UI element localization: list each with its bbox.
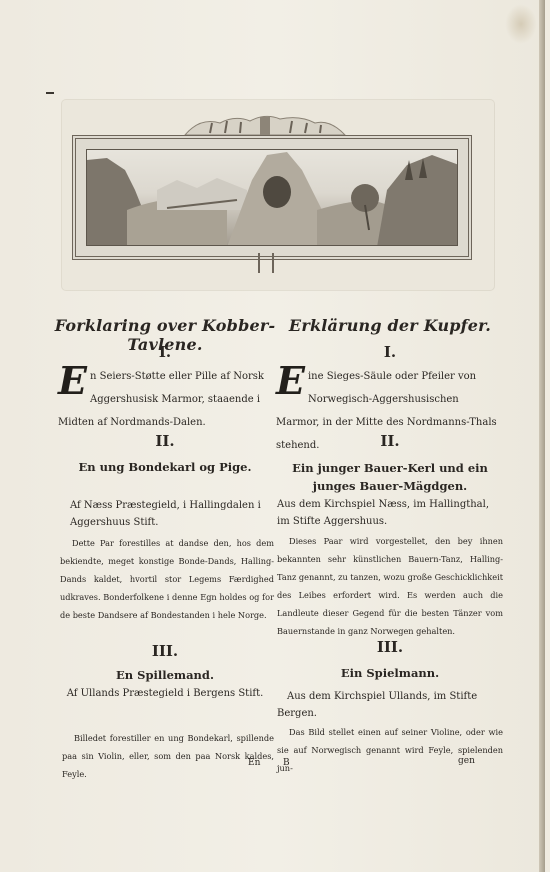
left-text-2: Dette Par forestilles at dandse den, hos… bbox=[60, 534, 274, 624]
header-mark bbox=[46, 92, 54, 94]
right-location-3: Aus dem Kirchspiel Ullands, im Stifte Be… bbox=[277, 688, 503, 722]
page-edge bbox=[539, 0, 545, 872]
landscape-drawing bbox=[87, 150, 458, 246]
engraving-frame bbox=[72, 135, 472, 260]
left-numeral-3: III. bbox=[52, 642, 278, 660]
right-numeral-2: II. bbox=[277, 432, 503, 450]
paper-stain bbox=[505, 4, 537, 44]
right-text-2: Dieses Paar wird vorgestellet, den bey i… bbox=[277, 532, 503, 640]
dropcap: E bbox=[58, 364, 87, 398]
right-heading-3: Ein Spielmann. bbox=[277, 666, 503, 680]
left-catchword: En bbox=[248, 758, 260, 768]
right-heading-2: Ein junger Bauer-Kerl und ein junges Bau… bbox=[277, 459, 503, 495]
left-numeral-2: II. bbox=[52, 432, 278, 450]
frame-tab bbox=[258, 253, 274, 273]
right-numeral-1: I. bbox=[277, 343, 503, 361]
crest-ornament bbox=[180, 113, 350, 137]
right-numeral-3: III. bbox=[277, 638, 503, 656]
landscape-illustration bbox=[86, 149, 458, 246]
right-text-3: Das Bild stellet einen auf seiner Violin… bbox=[277, 723, 503, 777]
book-page: Forklaring over Kobber-Tavlene. I. E n S… bbox=[0, 0, 545, 872]
left-section-1: E n Seiers-Støtte eller Pille af Norsk A… bbox=[58, 364, 270, 433]
right-title: Erklärung der Kupfer. bbox=[277, 316, 503, 335]
dropcap: E bbox=[276, 364, 305, 398]
left-section-1-text: n Seiers-Støtte eller Pille af Norsk Agg… bbox=[58, 371, 264, 428]
left-heading-2: En ung Bondekarl og Pige. bbox=[52, 460, 278, 474]
signature-mark: B bbox=[283, 758, 290, 768]
left-location-3: Af Ullands Præstegield i Bergens Stift. bbox=[52, 688, 278, 699]
left-heading-3: En Spillemand. bbox=[52, 668, 278, 682]
right-catchword: gen bbox=[458, 756, 475, 766]
left-location-2: Af Næss Præstegield, i Hallingdalen i Ag… bbox=[70, 497, 275, 531]
left-text-3: Billedet forestiller en ung Bondekarl, s… bbox=[62, 729, 274, 783]
right-location-2: Aus dem Kirchspiel Næss, im Hallingthal,… bbox=[277, 496, 503, 530]
